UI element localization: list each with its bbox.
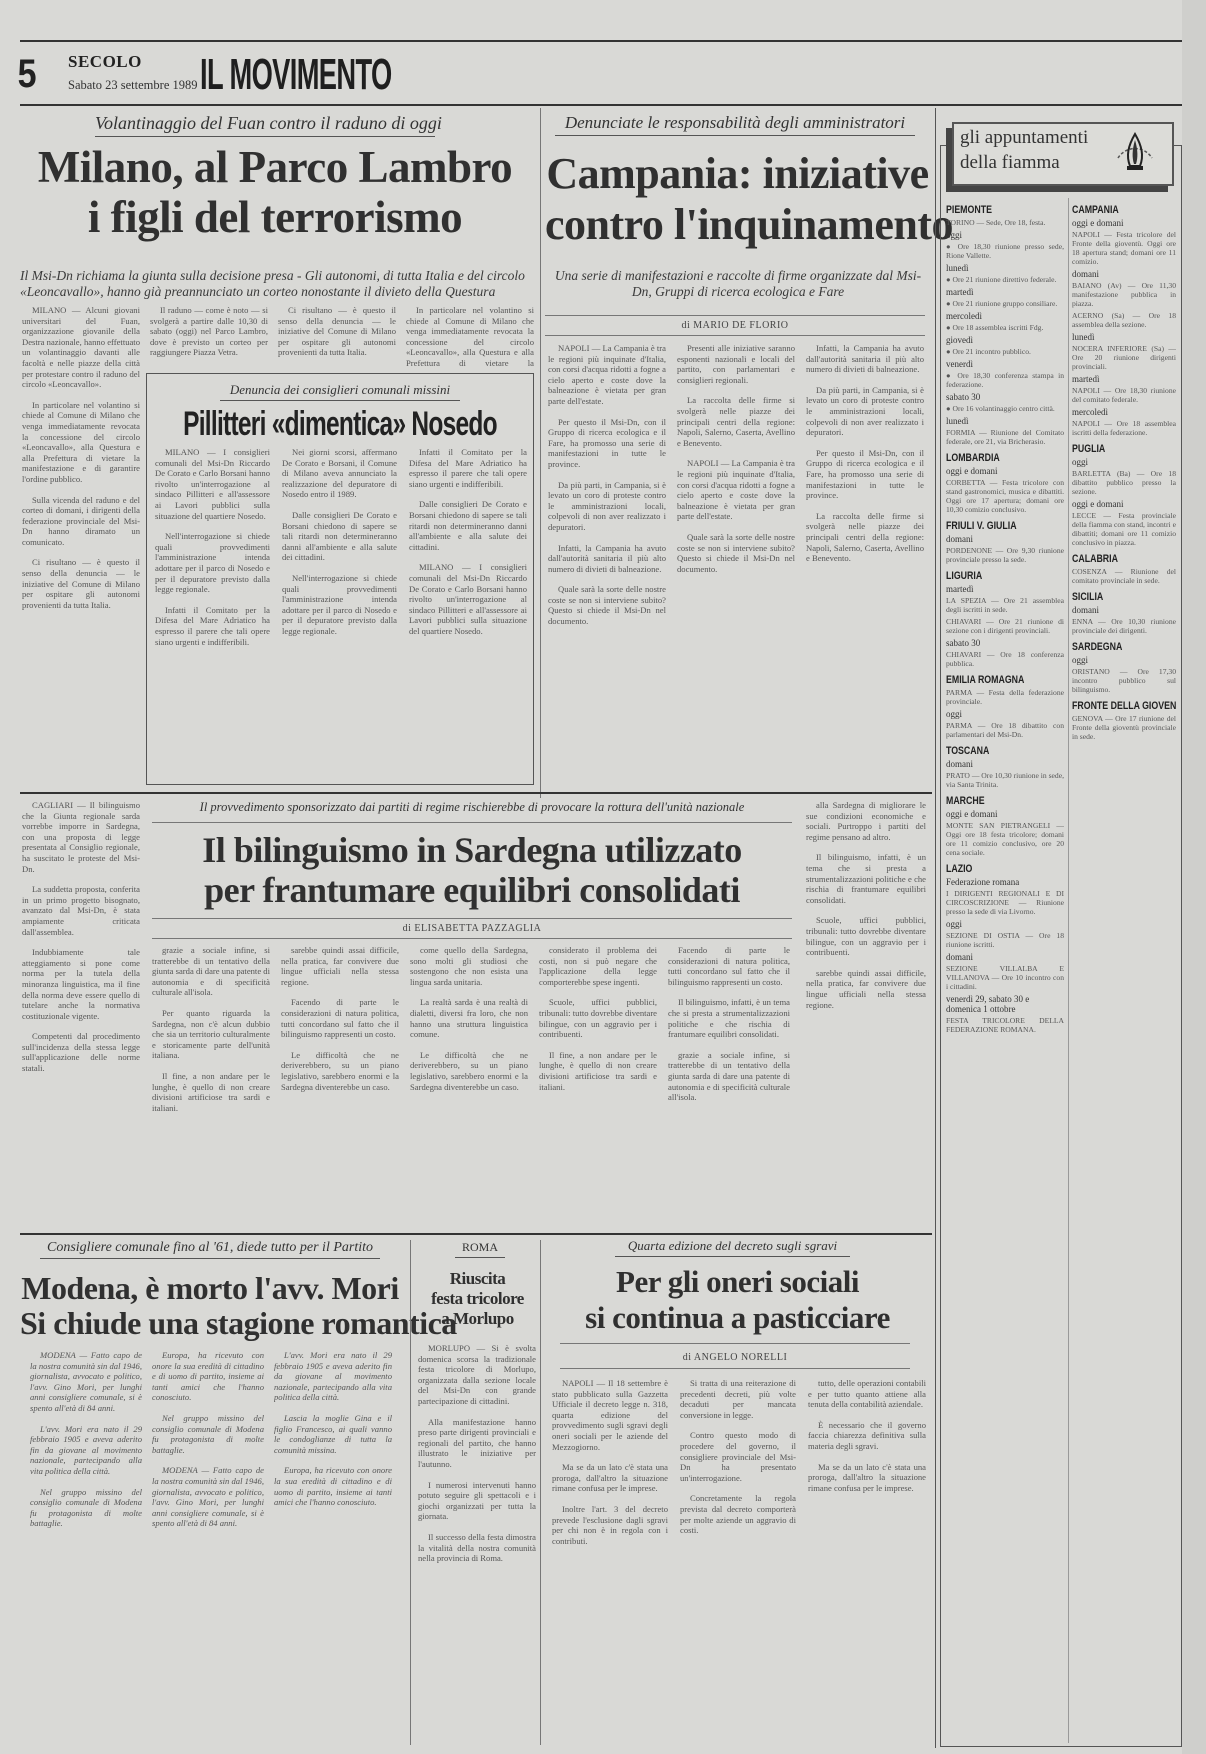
event-item: ● Ore 21 riunione gruppo consiliare. <box>946 299 1064 308</box>
pillitteri-headline: Pillitteri «dimentica» Nosedo <box>164 405 517 444</box>
event-day: martedì <box>946 287 1064 297</box>
event-day: giovedì <box>946 335 1064 345</box>
sardegna-col-6: alla Sardegna di migliorare le sue condi… <box>806 800 926 1230</box>
event-day: Federazione romana <box>946 877 1064 887</box>
sardegna-col-5: Facendo di parte le considerazioni di na… <box>668 945 790 1230</box>
region-heading: FRIULI V. GIULIA <box>946 520 1040 532</box>
oneri-divider <box>540 1240 541 1745</box>
pillitteri-col-1: MILANO — I consiglieri comunali del Msi-… <box>155 447 270 777</box>
modena-headline-1: Modena, è morto l'avv. Mori <box>20 1272 400 1305</box>
sardegna-rule-2 <box>152 938 792 939</box>
event-item: SEZIONE DI OSTIA — Ore 18 riunione iscri… <box>946 931 1064 949</box>
region-heading: CAMPANIA <box>1072 204 1155 216</box>
milano-col-1: MILANO — Alcuni giovani universitari del… <box>22 305 140 760</box>
event-item: FORMIA — Riunione del Comitato federale,… <box>946 428 1064 446</box>
pillitteri-col-3: Infatti il Comitato per la Difesa del Ma… <box>409 447 527 777</box>
event-item: ● Ore 16 volantinaggio centro città. <box>946 404 1064 413</box>
region-heading: LOMBARDIA <box>946 452 1040 464</box>
sardegna-headline-2: per frantumare equilibri consolidati <box>152 872 792 909</box>
pillitteri-kicker: Denuncia dei consiglieri comunali missin… <box>220 382 460 401</box>
appuntamenti-col-1: PIEMONTETORINO — Sede, Ore 18, festa.ogg… <box>946 198 1064 1743</box>
event-item: PORDENONE — Ore 9,30 riunione provincial… <box>946 546 1064 564</box>
event-day: domani <box>946 534 1064 544</box>
event-item: ● Ore 21 riunione direttivo federale. <box>946 275 1064 284</box>
event-day: venerdì <box>946 359 1064 369</box>
bottom-section-rule <box>20 1233 932 1235</box>
flame-torch-icon <box>1110 128 1160 176</box>
event-day: oggi <box>946 919 1064 929</box>
event-item: NAPOLI — Ore 18,30 riunione del comitato… <box>1072 386 1176 404</box>
milano-deck: Il Msi-Dn richiama la giunta sulla decis… <box>20 268 535 299</box>
event-item: BARLETTA (Ba) — Ore 18 dibattito pubblic… <box>1072 469 1176 496</box>
region-heading: TOSCANA <box>946 745 1040 757</box>
milano-col-4: In particolare nel volantino si chiede a… <box>406 305 534 370</box>
roma-divider <box>410 1240 411 1745</box>
sardegna-top-rule <box>20 792 932 794</box>
event-item: LA SPEZIA — Ore 21 assemblea degli iscri… <box>946 596 1064 614</box>
region-heading: LIGURIA <box>946 570 1040 582</box>
event-item: ORISTANO — Ore 17,30 incontro pubblico s… <box>1072 667 1176 694</box>
event-item: ENNA — Ore 10,30 riunione provinciale de… <box>1072 617 1176 635</box>
event-item: PARMA — Ore 18 dibattito con parlamentar… <box>946 721 1064 739</box>
campania-col-3: Infatti, la Campania ha avuto dall'autor… <box>806 343 924 791</box>
milano-col-2: Il raduno — come è noto — si svolgerà a … <box>150 305 268 370</box>
sardegna-col-4: considerato il problema dei costi, non s… <box>539 945 657 1230</box>
event-item: NAPOLI — Festa tricolore del Fronte dell… <box>1072 230 1176 266</box>
event-day: oggi e domani <box>946 466 1064 476</box>
appuntamenti-title-1: gli appuntamenti <box>960 127 1088 149</box>
sardegna-rule <box>152 918 792 919</box>
region-heading: EMILIA ROMAGNA <box>946 674 1040 686</box>
page-gutter <box>1182 0 1206 1754</box>
issue-date: Sabato 23 settembre 1989 <box>68 78 198 93</box>
region-heading: PIEMONTE <box>946 204 1040 216</box>
event-item: MONTE SAN PIETRANGELI — Oggi ore 18 fest… <box>946 821 1064 857</box>
event-day: sabato 30 <box>946 392 1064 402</box>
event-day: oggi <box>946 230 1064 240</box>
event-item: BAIANO (Av) — Ore 11,30 manifestazione p… <box>1072 281 1176 308</box>
event-day: oggi <box>1072 655 1176 665</box>
roma-headline-3: a Morlupo <box>415 1310 540 1327</box>
oneri-col-2: Si tratta di una reiterazione di precede… <box>680 1378 796 1743</box>
event-day: lunedì <box>946 263 1064 273</box>
event-item: NAPOLI — Ore 18 assemblea iscritti della… <box>1072 419 1176 437</box>
oneri-kicker: Quarta edizione del decreto sugli sgravi <box>615 1238 850 1257</box>
sidebar-inner-divider <box>1068 198 1069 1743</box>
modena-col-1: MODENA — Fatto capo de la nostra comunit… <box>30 1350 142 1745</box>
event-item: SEZIONE VILLALBA E VILLANOVA — Ore 10 in… <box>946 964 1064 991</box>
event-day: domani <box>946 759 1064 769</box>
event-item: CHIAVARI — Ore 18 conferenza pubblica. <box>946 650 1064 668</box>
event-day: oggi e domani <box>1072 218 1176 228</box>
modena-col-2: Europa, ha ricevuto con onore la sua ere… <box>152 1350 264 1745</box>
event-item: PRATO — Ore 10,30 riunione in sede, via … <box>946 771 1064 789</box>
event-item: TORINO — Sede, Ore 18, festa. <box>946 218 1064 227</box>
oneri-rule-2 <box>560 1368 910 1369</box>
campania-deck: Una serie di manifestazioni e raccolte d… <box>552 268 924 299</box>
campania-rule-2 <box>545 335 925 336</box>
event-day: mercoledì <box>1072 407 1176 417</box>
cagliari-col: CAGLIARI — Il bilinguismo che la Giunta … <box>22 800 140 1230</box>
paper-name: SECOLO <box>68 52 142 72</box>
sardegna-headline-1: Il bilinguismo in Sardegna utilizzato <box>152 832 792 869</box>
milano-headline-2: i figli del terrorismo <box>10 195 540 241</box>
top-rule <box>20 40 1206 42</box>
roma-headline-1: Riuscita <box>415 1270 540 1287</box>
event-item: ● Ore 18 assemblea iscritti Fdg. <box>946 323 1064 332</box>
roma-kicker: ROMA <box>455 1240 505 1258</box>
region-heading: CALABRIA <box>1072 553 1155 565</box>
campania-col-1: NAPOLI — La Campania è tra le regioni pi… <box>548 343 666 791</box>
event-item: LECCE — Festa provinciale della fiamma c… <box>1072 511 1176 547</box>
region-heading: MARCHE <box>946 795 1040 807</box>
campania-col-2: Presenti alle iniziative saranno esponen… <box>677 343 795 791</box>
oneri-col-1: NAPOLI — Il 18 settembre è stato pubblic… <box>552 1378 668 1743</box>
campania-rule <box>545 315 925 316</box>
event-day: sabato 30 <box>946 638 1064 648</box>
event-item: FESTA TRICOLORE DELLA FEDERAZIONE ROMANA… <box>946 1016 1064 1034</box>
sardegna-col-3: come quello della Sardegna, sono molti g… <box>410 945 528 1230</box>
event-day: lunedì <box>946 416 1064 426</box>
region-heading: PUGLIA <box>1072 443 1155 455</box>
event-day: mercoledì <box>946 311 1064 321</box>
event-item: NOCERA INFERIORE (Sa) — Ore 20 riunione … <box>1072 344 1176 371</box>
campania-kicker: Denunciate le responsabilità degli ammin… <box>555 113 915 136</box>
appuntamenti-col-2: CAMPANIAoggi e domaniNAPOLI — Festa tric… <box>1072 198 1176 1743</box>
event-item: CORBETTA — Festa tricolore con stand gas… <box>946 478 1064 514</box>
event-item: ● Ore 21 incontro pubblico. <box>946 347 1064 356</box>
event-item: I DIRIGENTI REGIONALI E DI CIRCOSCRIZION… <box>946 889 1064 916</box>
event-item: ● Ore 18,30 conferenza stampa in federaz… <box>946 371 1064 389</box>
event-day: oggi e domani <box>1072 499 1176 509</box>
sardegna-col-1: grazie a sociale infine, si tratterebbe … <box>152 945 270 1230</box>
milano-kicker: Volantinaggio del Fuan contro il raduno … <box>95 113 435 137</box>
event-day: venerdì 29, sabato 30 e domenica 1 ottob… <box>946 994 1064 1014</box>
appuntamenti-title-2: della fiamma <box>960 152 1060 174</box>
region-heading: LAZIO <box>946 863 1040 875</box>
column-divider <box>540 108 541 798</box>
modena-kicker: Consigliere comunale fino al '61, diede … <box>40 1240 380 1259</box>
milano-headline-1: Milano, al Parco Lambro <box>10 145 540 191</box>
event-day: oggi <box>946 709 1064 719</box>
pillitteri-col-2: Nei giorni scorsi, affermano De Corato e… <box>282 447 397 777</box>
roma-col: MORLUPO — Si è svolta domenica scorsa la… <box>418 1343 536 1743</box>
sardegna-kicker-rule <box>152 822 792 823</box>
event-item: GENOVA — Ore 17 riunione del Fronte dell… <box>1072 714 1176 741</box>
milano-col-3: Ci risultano — è questo il senso della d… <box>278 305 396 370</box>
event-item: PARMA — Festa della federazione provinci… <box>946 688 1064 706</box>
event-item: ● Ore 18,30 riunione presso sede, Rione … <box>946 242 1064 260</box>
event-day: oggi e domani <box>946 809 1064 819</box>
sardegna-byline: di ELISABETTA PAZZAGLIA <box>152 923 792 934</box>
oneri-rule <box>560 1343 910 1344</box>
event-item: CHIAVARI — Ore 21 riunione di sezione co… <box>946 617 1064 635</box>
campania-headline-2: contro l'inquinamento <box>545 203 930 248</box>
event-day: oggi <box>1072 457 1176 467</box>
modena-headline-2: Si chiude una stagione romantica <box>20 1307 400 1340</box>
sidebar-divider <box>935 108 936 1748</box>
region-heading: SARDEGNA <box>1072 641 1155 653</box>
masthead-rule <box>20 104 1206 106</box>
oneri-headline-2: si continua a pasticciare <box>545 1302 930 1334</box>
roma-headline-2: festa tricolore <box>415 1290 540 1307</box>
event-day: domani <box>1072 269 1176 279</box>
sardegna-kicker: Il provvedimento sponsorizzato dai parti… <box>152 800 792 815</box>
oneri-byline: di ANGELO NORELLI <box>560 1352 910 1363</box>
campania-headline-1: Campania: iniziative <box>545 152 930 197</box>
event-item: COSENZA — Riunione del comitato provinci… <box>1072 567 1176 585</box>
event-day: martedì <box>1072 374 1176 384</box>
event-day: martedì <box>946 584 1064 594</box>
section-title: IL MOVIMENTO <box>200 50 380 100</box>
event-day: domani <box>946 952 1064 962</box>
oneri-col-3: tutto, delle operazioni contabili e per … <box>808 1378 926 1743</box>
campania-byline: di MARIO DE FLORIO <box>545 320 925 331</box>
event-item: ACERNO (Sa) — Ore 18 assemblea della sez… <box>1072 311 1176 329</box>
region-heading: FRONTE DELLA GIOVENTÙ <box>1072 700 1155 712</box>
sardegna-col-2: sarebbe quindi assai difficile, nella pr… <box>281 945 399 1230</box>
event-day: lunedì <box>1072 332 1176 342</box>
oneri-headline-1: Per gli oneri sociali <box>545 1266 930 1298</box>
page-number: 5 <box>18 52 37 97</box>
region-heading: SICILIA <box>1072 591 1155 603</box>
modena-col-3: L'avv. Mori era nato il 29 febbraio 1905… <box>274 1350 392 1745</box>
event-day: domani <box>1072 605 1176 615</box>
